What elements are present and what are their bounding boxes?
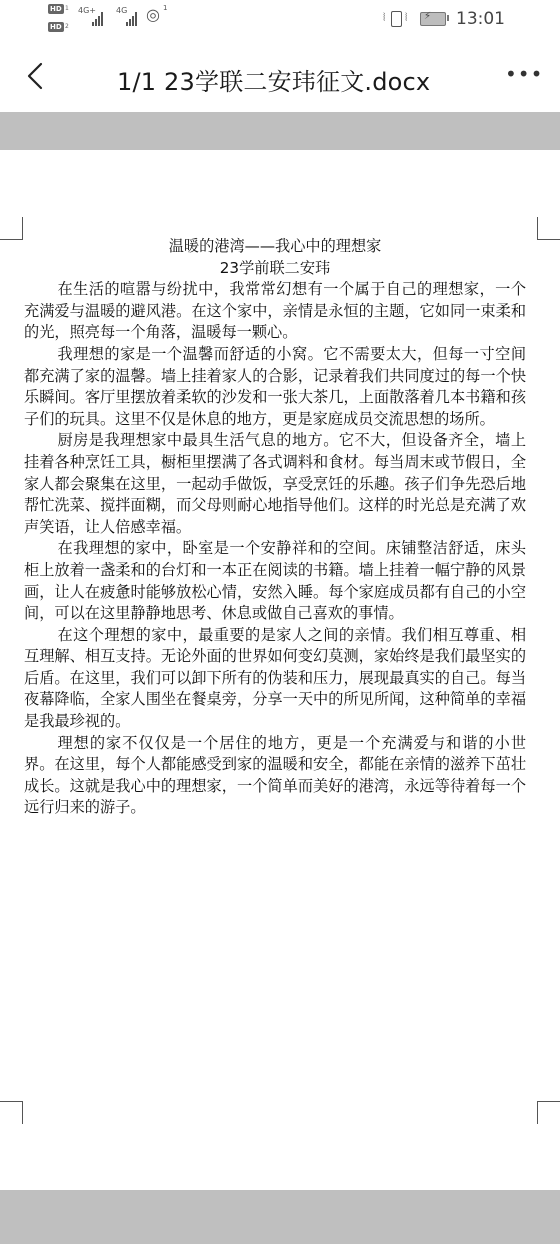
document-body: 温暖的港湾——我心中的理想家 23学前联二安玮 在生活的喧嚣与纷扰中，我常常幻想…: [24, 236, 526, 819]
status-icons-right: ⦚ ⦚ ⚡ 13:01: [380, 0, 560, 40]
document-author: 23学前联二安玮: [24, 258, 526, 280]
charging-bolt-icon: ⚡: [424, 11, 431, 22]
vibrate-icon: [391, 11, 402, 27]
margin-corner-bottom-left: [0, 1101, 23, 1124]
document-heading: 温暖的港湾——我心中的理想家: [24, 236, 526, 258]
hotspot-count: 1: [163, 4, 167, 12]
back-button[interactable]: [22, 56, 52, 96]
sim1-indicator: 1: [65, 5, 69, 12]
hd-voice-icon: HD: [48, 4, 64, 14]
viewer-background-top: [0, 112, 560, 150]
margin-corner-top-right: [537, 217, 560, 240]
paragraph: 在我理想的家中，卧室是一个安静祥和的空间。床铺整洁舒适，床头柜上放着一盏柔和的台…: [24, 538, 526, 624]
battery-tip: [447, 15, 449, 21]
chevron-left-icon: [22, 56, 52, 96]
paragraph: 理想的家不仅仅是一个居住的地方，更是一个充满爱与和谐的小世界。在这里，每个人都能…: [24, 733, 526, 819]
paragraph: 在生活的喧嚣与纷扰中，我常常幻想有一个属于自己的理想家，一个充满爱与温暖的避风港…: [24, 279, 526, 344]
more-options-button[interactable]: •••: [505, 62, 545, 92]
signal-4g-icon: [126, 11, 137, 26]
document-page[interactable]: 温暖的港湾——我心中的理想家 23学前联二安玮 在生活的喧嚣与纷扰中，我常常幻想…: [0, 150, 560, 1190]
hotspot-icon: ◎: [146, 5, 160, 24]
signal-4g-plus-icon: [92, 11, 103, 26]
hd-voice-icon: HD: [48, 22, 64, 32]
margin-corner-top-left: [0, 217, 23, 240]
title-bar: 1/1 23学联二安玮征文.docx •••: [0, 40, 560, 112]
paragraph: 厨房是我理想家中最具生活气息的地方。它不大，但设备齐全，墙上挂着各种烹饪工具，橱…: [24, 430, 526, 538]
vibrate-wave-icon: ⦚: [405, 11, 407, 25]
sim2-indicator: 2: [65, 23, 69, 30]
viewer-background-bottom: [0, 1190, 560, 1244]
margin-corner-bottom-right: [537, 1101, 560, 1124]
paragraph: 在这个理想的家中，最重要的是家人之间的亲情。我们相互尊重、相互理解、相互支持。无…: [24, 625, 526, 733]
status-bar: HD 1 HD 2 4G+ 4G ◎ 1 ⦚ ⦚ ⚡ 13:01: [0, 0, 560, 40]
more-horizontal-icon: •••: [505, 62, 543, 86]
document-title: 1/1 23学联二安玮征文.docx: [117, 62, 430, 97]
paragraph: 我理想的家是一个温馨而舒适的小窝。它不需要太大，但每一寸空间都充满了家的温馨。墙…: [24, 344, 526, 430]
clock: 13:01: [456, 9, 505, 29]
vibrate-wave-icon: ⦚: [383, 11, 385, 25]
